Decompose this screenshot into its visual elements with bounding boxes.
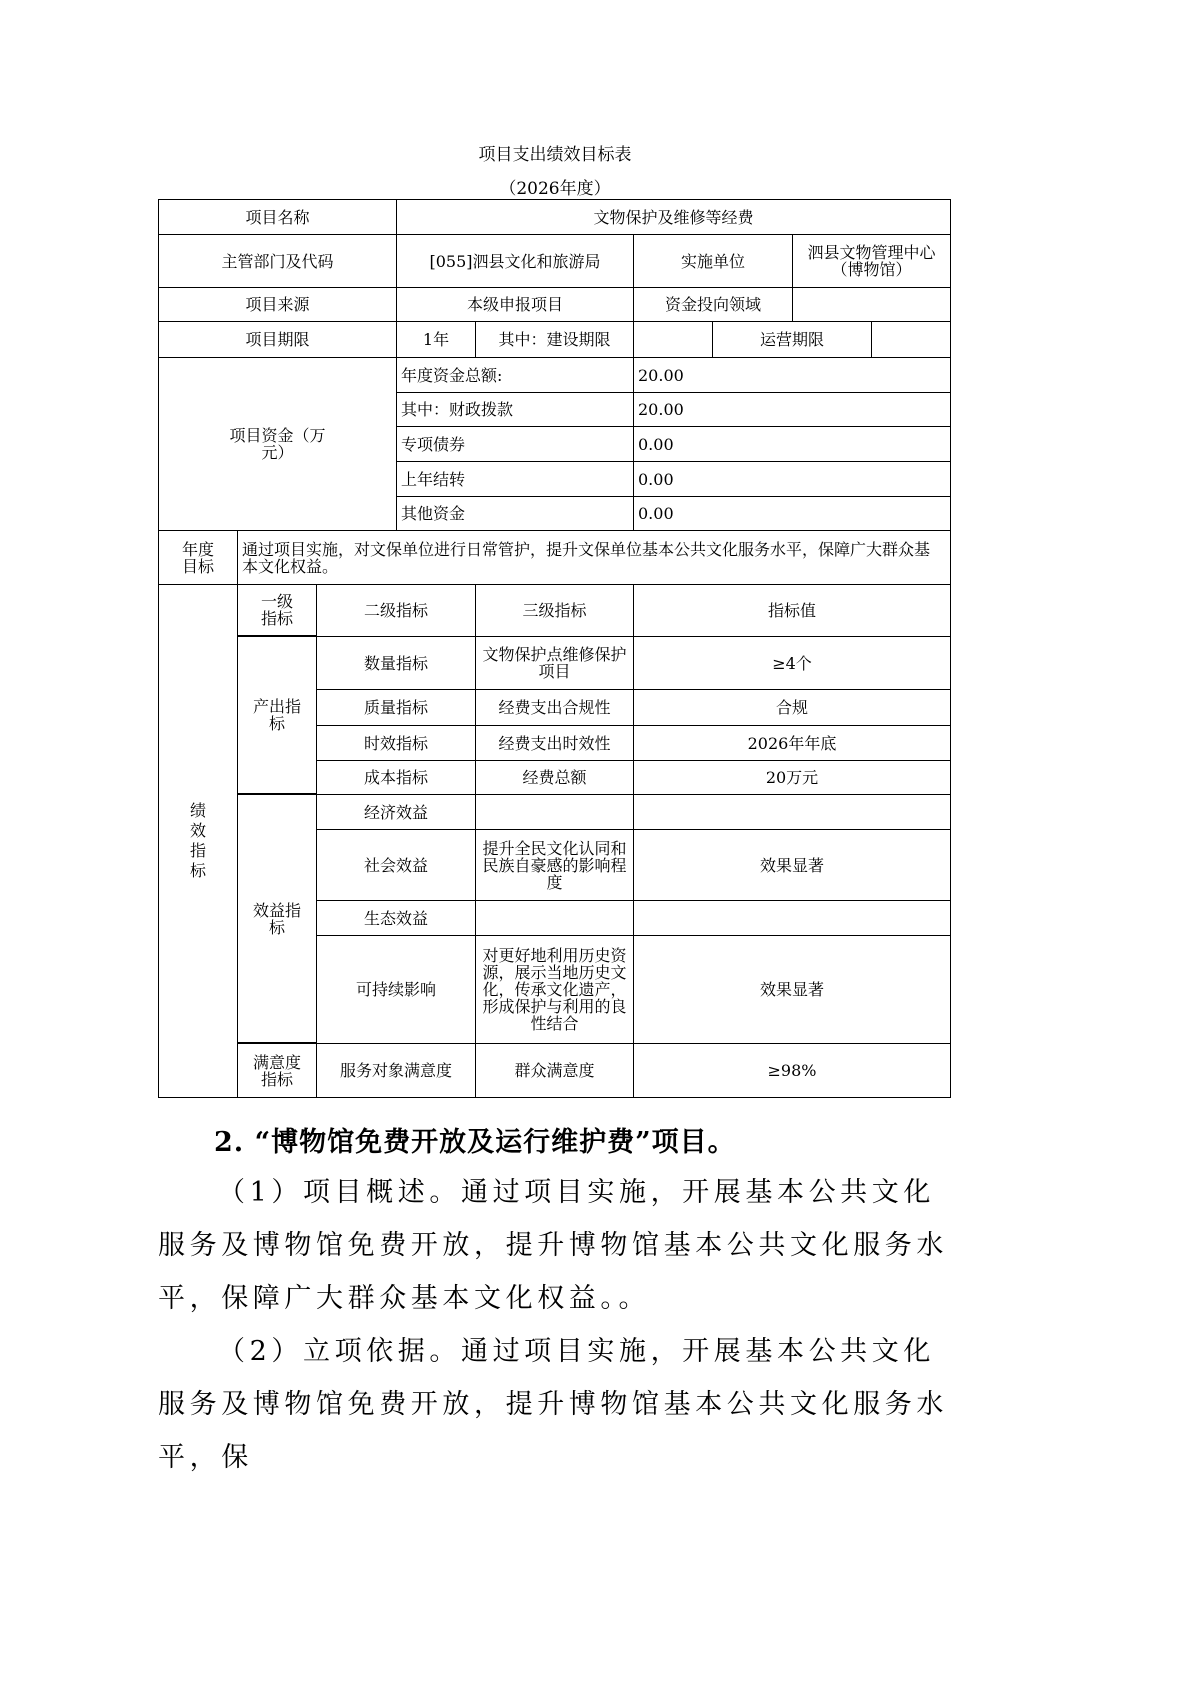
- field-value: [792, 287, 951, 322]
- ops-value: [871, 321, 951, 358]
- impl-value: 泗县文物管理中心（博物馆）: [792, 234, 951, 288]
- value-cell: [633, 900, 951, 936]
- indicators-label: 绩效指标: [158, 584, 238, 1098]
- value-cell: 合规: [633, 689, 951, 726]
- value-cell: 效果显著: [633, 829, 951, 901]
- funds-row-label: 其中：财政拨款: [396, 392, 634, 427]
- funds-row-label: 专项债券: [396, 426, 634, 462]
- paragraph-basis: （2）立项依据。通过项目实施，开展基本公共文化服务及博物馆免费开放，提升博物馆基…: [158, 1325, 958, 1484]
- funds-row-value: 0.00: [633, 461, 951, 497]
- header-level3: 三级指标: [475, 584, 634, 637]
- level3-cell: [475, 900, 634, 936]
- paragraph-overview: （1）项目概述。通过项目实施，开展基本公共文化服务及博物馆免费开放，提升博物馆基…: [158, 1166, 958, 1325]
- header-level2: 二级指标: [316, 584, 476, 637]
- goal-label: 年度目标: [158, 530, 238, 585]
- value-cell: 20万元: [633, 760, 951, 795]
- level2-cell: 经济效益: [316, 794, 476, 830]
- dept-label: 主管部门及代码: [158, 234, 397, 288]
- level1-satisfaction: 满意度指标: [237, 1043, 317, 1098]
- funds-row-label: 其他资金: [396, 496, 634, 531]
- build-label: 其中：建设期限: [475, 321, 634, 358]
- funds-row-value: 0.00: [633, 426, 951, 462]
- value-cell: ≥98%: [633, 1043, 951, 1098]
- funds-row-value: 20.00: [633, 392, 951, 427]
- period-value: 1年: [396, 321, 476, 358]
- level3-cell: 经费支出时效性: [475, 725, 634, 761]
- ops-label: 运营期限: [712, 321, 872, 358]
- impl-label: 实施单位: [633, 234, 793, 288]
- level2-cell: 数量指标: [316, 636, 476, 690]
- table-subtitle: （2026年度）: [0, 174, 1110, 199]
- field-label: 资金投向领域: [633, 287, 793, 322]
- dept-value: [055]泗县文化和旅游局: [396, 234, 634, 288]
- level2-cell: 成本指标: [316, 760, 476, 795]
- level2-cell: 服务对象满意度: [316, 1043, 476, 1098]
- level3-cell: 经费总额: [475, 760, 634, 795]
- funds-label: 项目资金（万元）: [158, 357, 397, 531]
- project-name-label: 项目名称: [158, 199, 397, 235]
- funds-row-label: 上年结转: [396, 461, 634, 497]
- source-label: 项目来源: [158, 287, 397, 322]
- level2-cell: 可持续影响: [316, 935, 476, 1044]
- value-cell: ≥4个: [633, 636, 951, 690]
- section-heading: 2. “博物馆免费开放及运行维护费”项目。: [214, 1120, 736, 1159]
- funds-row-value: 20.00: [633, 357, 951, 393]
- build-value: [633, 321, 713, 358]
- project-name-value: 文物保护及维修等经费: [396, 199, 951, 235]
- header-value: 指标值: [633, 584, 951, 637]
- level2-cell: 社会效益: [316, 829, 476, 901]
- value-cell: [633, 794, 951, 830]
- level3-cell: 提升全民文化认同和民族自豪感的影响程度: [475, 829, 634, 901]
- table-title: 项目支出绩效目标表: [0, 140, 1110, 165]
- source-value: 本级申报项目: [396, 287, 634, 322]
- level3-cell: 文物保护点维修保护项目: [475, 636, 634, 690]
- goal-text: 通过项目实施，对文保单位进行日常管护，提升文保单位基本公共文化服务水平，保障广大…: [237, 530, 951, 585]
- level1-output: 产出指标: [237, 636, 317, 795]
- value-cell: 效果显著: [633, 935, 951, 1044]
- level2-cell: 质量指标: [316, 689, 476, 726]
- level2-cell: 时效指标: [316, 725, 476, 761]
- level2-cell: 生态效益: [316, 900, 476, 936]
- level3-cell: 经费支出合规性: [475, 689, 634, 726]
- level3-cell: [475, 794, 634, 830]
- value-cell: 2026年年底: [633, 725, 951, 761]
- level3-cell: 对更好地利用历史资源，展示当地历史文化，传承文化遗产，形成保护与利用的良性结合: [475, 935, 634, 1044]
- header-level1: 一级指标: [237, 584, 317, 637]
- level1-benefit: 效益指标: [237, 794, 317, 1044]
- level3-cell: 群众满意度: [475, 1043, 634, 1098]
- period-label: 项目期限: [158, 321, 397, 358]
- funds-row-label: 年度资金总额:: [396, 357, 634, 393]
- funds-row-value: 0.00: [633, 496, 951, 531]
